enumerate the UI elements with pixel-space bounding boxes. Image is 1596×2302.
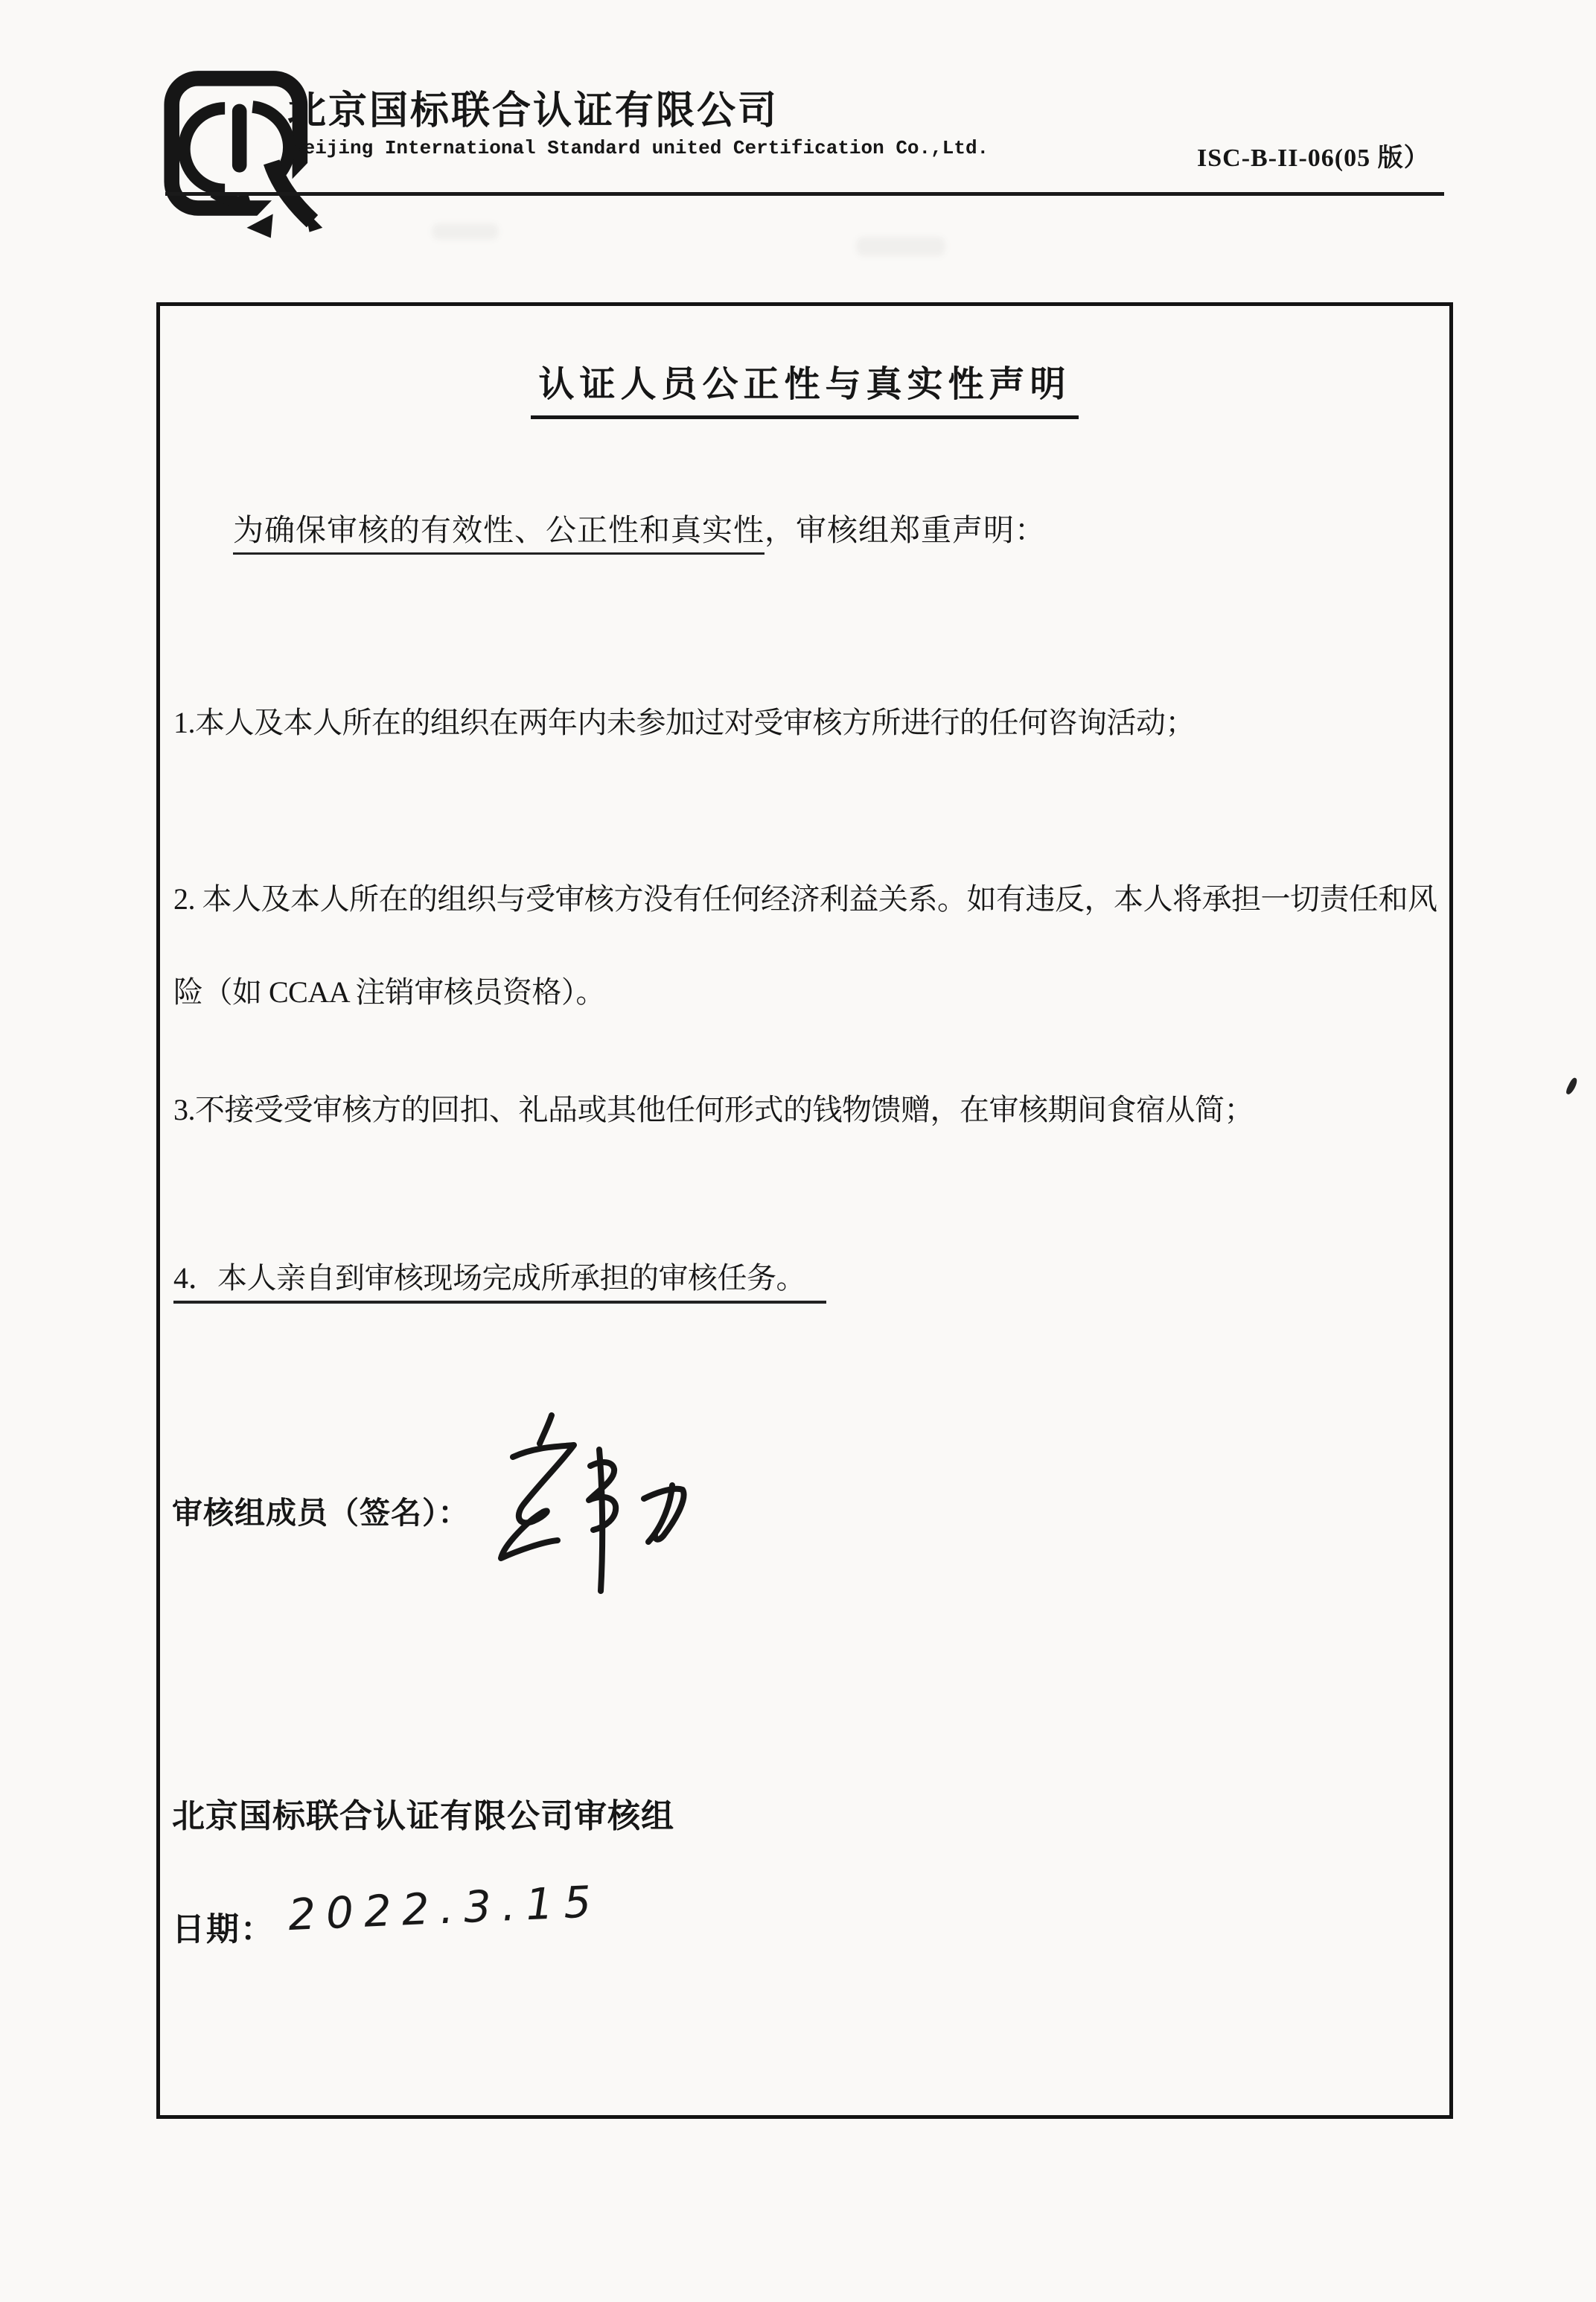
scanned-document-page: 北京国标联合认证有限公司 Beijing International Stand… xyxy=(0,0,1596,2302)
declaration-intro: 为确保审核的有效性、公正性和真实性，审核组郑重声明： xyxy=(233,506,1046,549)
company-name-chinese: 北京国标联合认证有限公司 xyxy=(287,79,779,135)
intro-underlined-part: 为确保审核的有效性、公正性和真实性 xyxy=(233,513,765,555)
scan-smudge xyxy=(856,237,945,256)
audit-team-line: 北京国标联合认证有限公司审核组 xyxy=(172,1789,674,1837)
document-code: ISC-B-II-06(05 版） xyxy=(1197,137,1430,173)
signature-label: 审核组成员（签名）： xyxy=(172,1488,470,1532)
date-label: 日期： xyxy=(172,1902,275,1950)
declaration-item-1: 1.本人及本人所在的组织在两年内未参加过对受审核方所进行的任何咨询活动； xyxy=(173,704,1439,743)
header-divider xyxy=(165,192,1444,196)
scan-smudge xyxy=(432,223,499,240)
declaration-box: 认证人员公正性与真实性声明 为确保审核的有效性、公正性和真实性，审核组郑重声明：… xyxy=(156,302,1453,2119)
intro-rest: ，审核组郑重声明： xyxy=(765,513,1046,547)
declaration-item-4: 4．本人亲自到审核现场完成所承担的审核任务。 xyxy=(173,1259,1439,1298)
declaration-item-3: 3.不接受受审核方的回扣、礼品或其他任何形式的钱物馈赠，在审核期间食宿从简； xyxy=(173,1091,1439,1130)
declaration-title: 认证人员公正性与真实性声明 xyxy=(531,355,1078,419)
item-4-underlined-text: 4．本人亲自到审核现场完成所承担的审核任务。 xyxy=(173,1261,826,1304)
handwritten-date: 2022.3.15 xyxy=(287,1876,603,1940)
stray-pen-mark xyxy=(1565,1077,1579,1096)
handwritten-signature xyxy=(471,1403,709,1616)
company-name-english: Beijing International Standard united Ce… xyxy=(292,137,989,159)
declaration-item-2: 2. 本人及本人所在的组织与受审核方没有任何经济利益关系。如有违反，本人将承担一… xyxy=(173,852,1439,1039)
